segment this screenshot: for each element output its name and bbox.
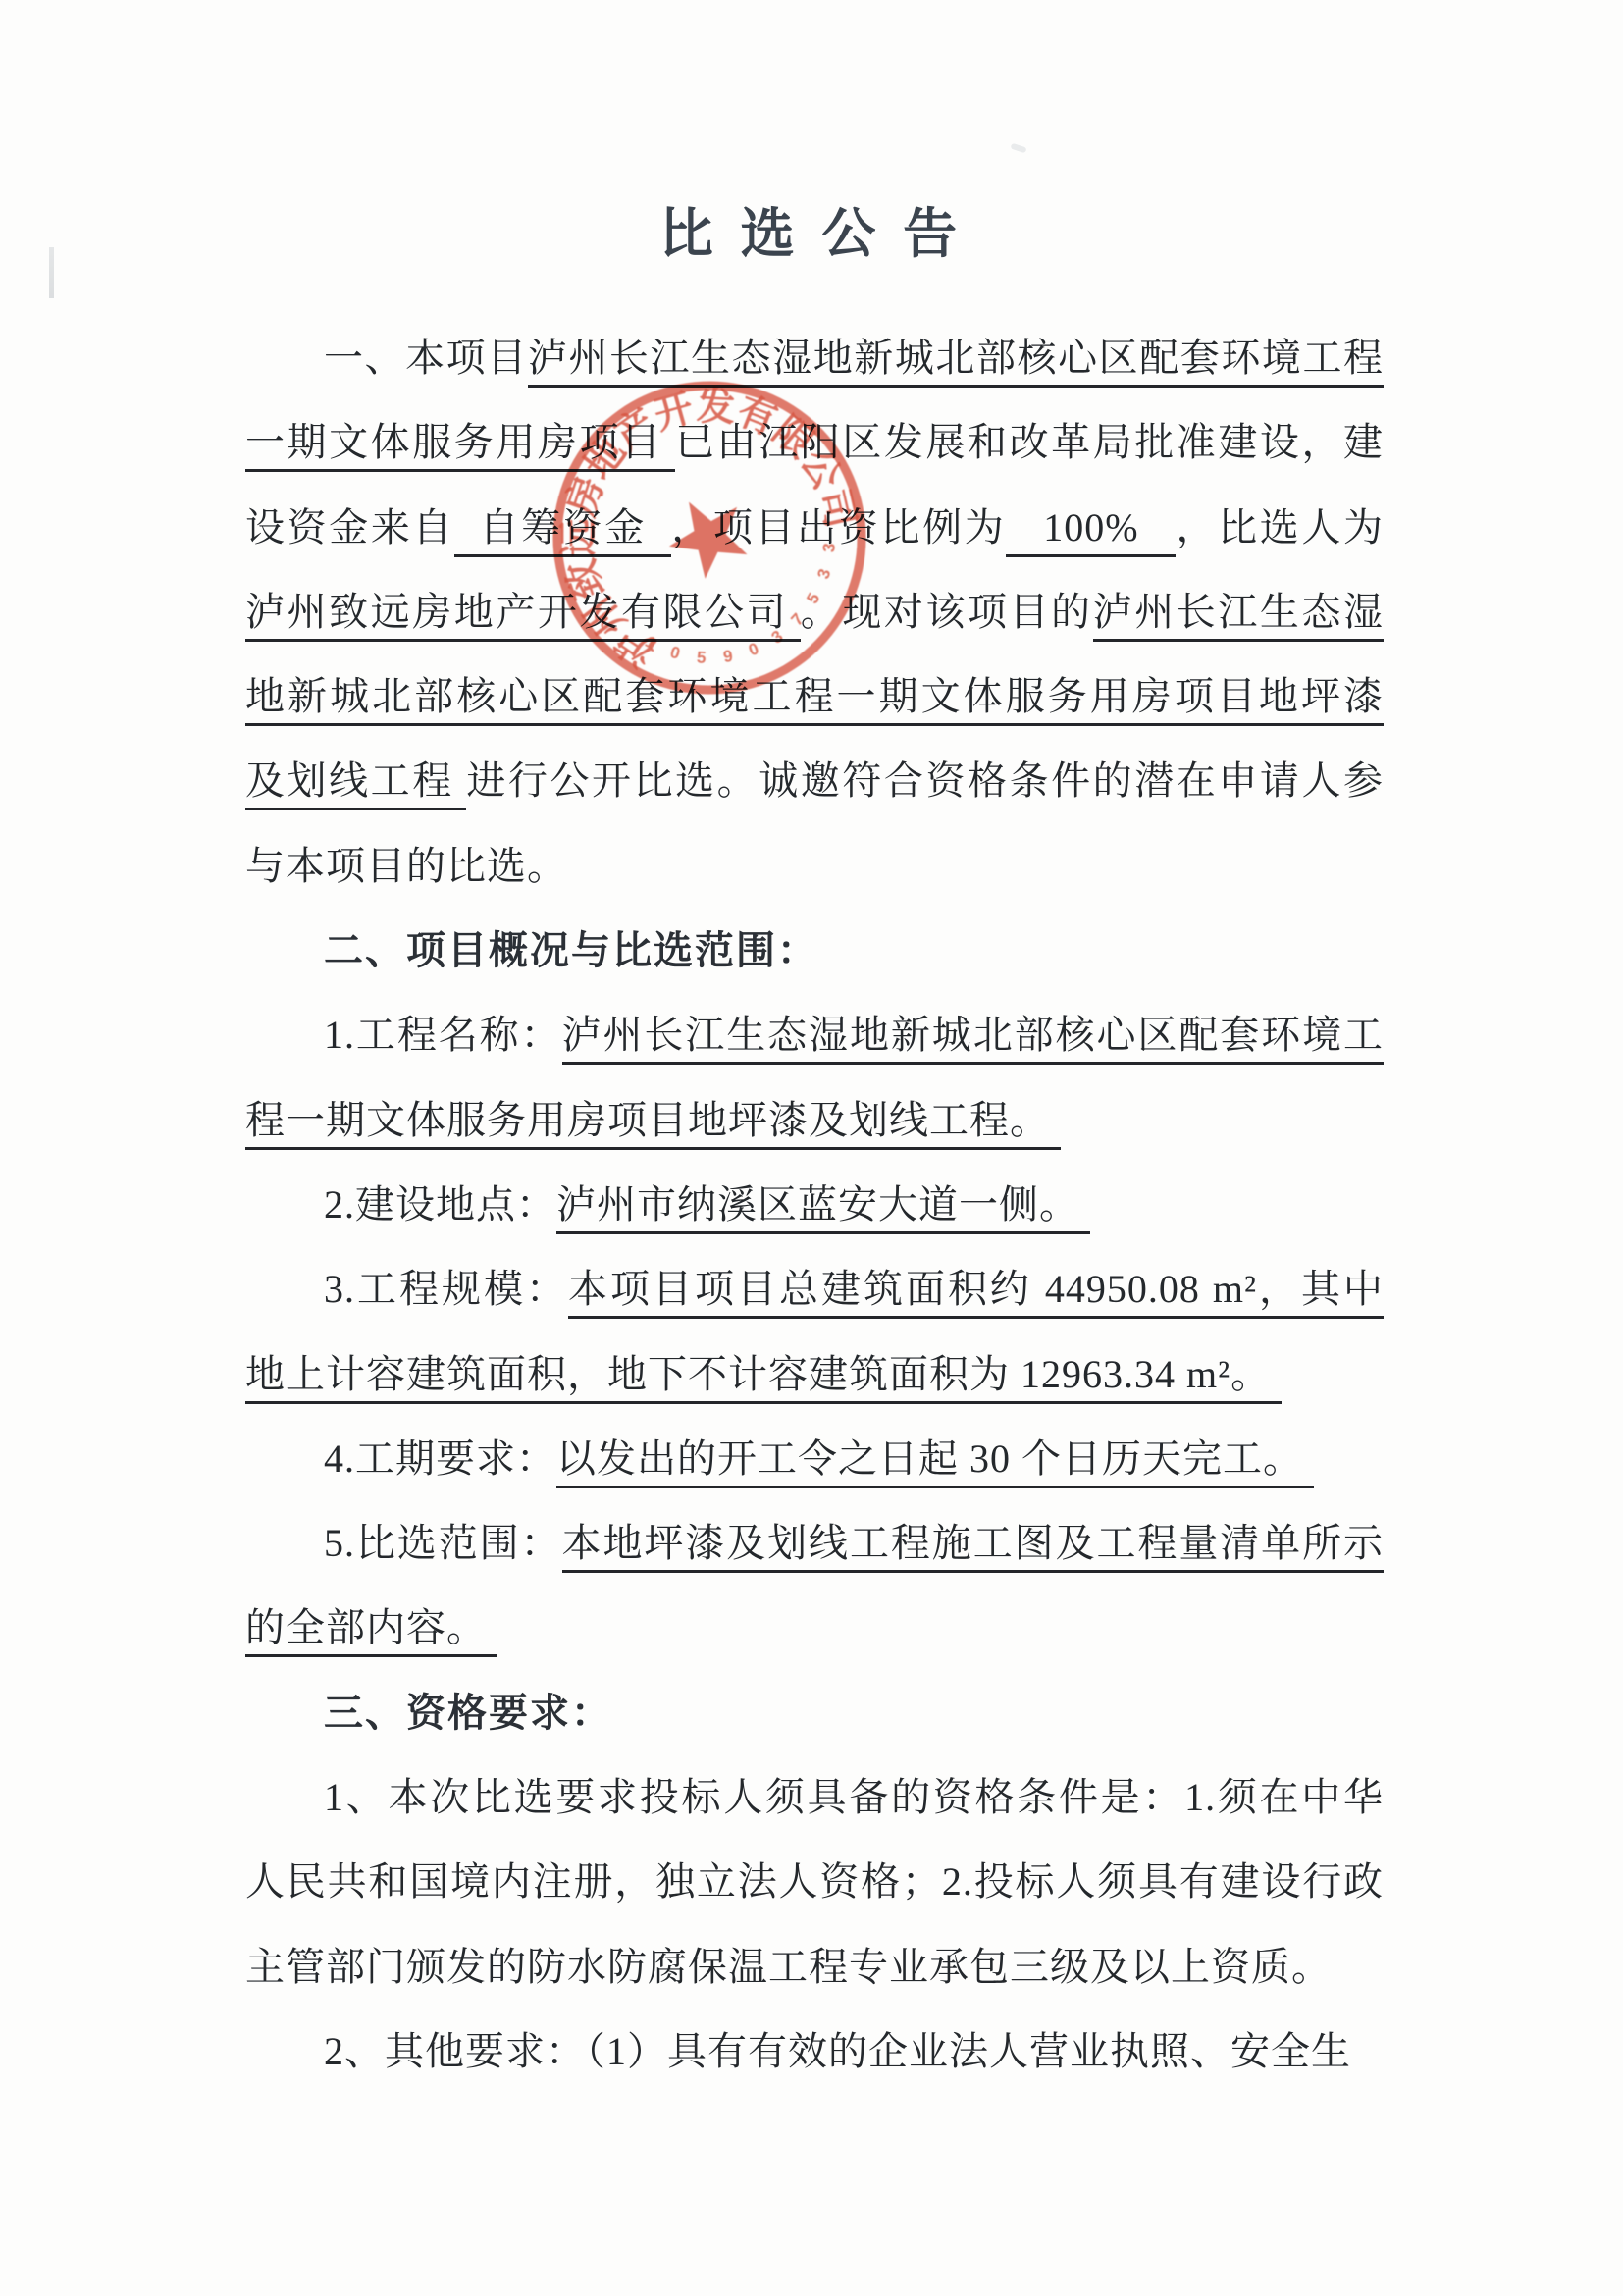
underlined-text: 泸州长江生态湿地新城北部核心区配套环境工程	[528, 336, 1384, 388]
text-segment: 与本项目的比选。	[245, 844, 567, 888]
text-segment: ，比选人为	[1176, 505, 1384, 549]
text-segment: 3.工程规模：	[324, 1267, 568, 1311]
text-line: 与本项目的比选。	[245, 824, 1384, 909]
text-segment: 1.工程名称：	[324, 1013, 562, 1057]
text-line: 程一期文体服务用房项目地坪漆及划线工程。	[245, 1078, 1384, 1163]
underlined-text: 一期文体服务用房项目	[245, 420, 675, 472]
text-line: 2.建设地点：泸州市纳溪区蓝安大道一侧。	[245, 1163, 1384, 1247]
underlined-text: 本地坪漆及划线工程施工图及工程量清单所示	[562, 1521, 1384, 1573]
text-segment: 设资金来自	[245, 505, 454, 549]
text-segment: 一、本项目	[324, 336, 528, 380]
text-segment: 人民共和国境内注册，独立法人资格；2.投标人须具有建设行政	[245, 1859, 1384, 1904]
text-line: 泸州致远房地产开发有限公司 。现对该项目的泸州长江生态湿	[245, 570, 1384, 654]
scanned-document-page: 比 选 公 告 一、本项目泸州长江生态湿地新城北部核心区配套环境工程一期文体服务…	[0, 0, 1623, 2296]
text-segment: 4.工期要求：	[324, 1436, 556, 1481]
text-line: 地上计容建筑面积，地下不计容建筑面积为 12963.34 m²。	[245, 1332, 1384, 1417]
underlined-text: 及划线工程	[245, 758, 466, 810]
text-line: 1、本次比选要求投标人须具备的资格条件是：1.须在中华	[245, 1755, 1384, 1840]
underlined-text: 本项目项目总建筑面积约 44950.08 m²，其中	[568, 1267, 1384, 1319]
text-line: 3.工程规模：本项目项目总建筑面积约 44950.08 m²，其中	[245, 1247, 1384, 1331]
text-segment: 2、其他要求：（1）具有有效的企业法人营业执照、安全生	[324, 2029, 1351, 2073]
text-line: 设资金来自 自筹资金 ，项目出资比例为 100% ，比选人为	[245, 486, 1384, 570]
text-line: 1.工程名称：泸州长江生态湿地新城北部核心区配套环境工	[245, 993, 1384, 1077]
underlined-text: 地上计容建筑面积，地下不计容建筑面积为 12963.34 m²。	[245, 1352, 1282, 1404]
text-segment: 二、项目概况与比选范围：	[324, 928, 818, 972]
underlined-text: 地新城北部核心区配套环境工程一期文体服务用房项目地坪漆	[245, 674, 1384, 726]
text-line: 4.工期要求：以发出的开工令之日起 30 个日历天完工。	[245, 1417, 1384, 1501]
document-title: 比 选 公 告	[0, 190, 1623, 268]
scan-artifact	[1010, 143, 1026, 154]
underlined-text: 泸州市纳溪区蓝安大道一侧。	[556, 1182, 1090, 1234]
text-line: 5.比选范围：本地坪漆及划线工程施工图及工程量清单所示	[245, 1501, 1384, 1586]
text-line: 及划线工程 进行公开比选。诚邀符合资格条件的潜在申请人参	[245, 739, 1384, 823]
underlined-text: 程一期文体服务用房项目地坪漆及划线工程。	[245, 1098, 1061, 1150]
text-segment: ，项目出资比例为	[671, 505, 1006, 549]
text-segment: 进行公开比选。诚邀符合资格条件的潜在申请人参	[466, 758, 1384, 803]
text-segment: 5.比选范围：	[324, 1521, 562, 1565]
text-segment: 1、本次比选要求投标人须具备的资格条件是：1.须在中华	[324, 1775, 1384, 1819]
text-line: 三、资格要求：	[245, 1671, 1384, 1755]
underlined-text: 泸州长江生态湿	[1093, 590, 1384, 642]
text-line: 的全部内容。	[245, 1586, 1384, 1670]
text-line: 二、项目概况与比选范围：	[245, 909, 1384, 993]
text-line: 2、其他要求：（1）具有有效的企业法人营业执照、安全生	[245, 2009, 1384, 2094]
underlined-text: 泸州致远房地产开发有限公司	[245, 590, 801, 642]
text-segment: 。现对该项目的	[801, 590, 1093, 634]
text-segment: 2.建设地点：	[324, 1182, 556, 1226]
text-line: 一期文体服务用房项目 已由江阳区发展和改革局批准建设，建	[245, 400, 1384, 485]
underlined-text: 自筹资金	[454, 505, 671, 557]
underlined-text: 的全部内容。	[245, 1605, 497, 1657]
text-segment: 主管部门颁发的防水防腐保温工程专业承包三级及以上资质。	[245, 1945, 1332, 1989]
text-segment: 已由江阳区发展和改革局批准建设，建	[675, 420, 1384, 464]
document-body: 一、本项目泸州长江生态湿地新城北部核心区配套环境工程一期文体服务用房项目 已由江…	[245, 316, 1384, 2094]
text-line: 一、本项目泸州长江生态湿地新城北部核心区配套环境工程	[245, 316, 1384, 400]
underlined-text: 泸州长江生态湿地新城北部核心区配套环境工	[562, 1013, 1384, 1065]
text-segment: 三、资格要求：	[324, 1691, 612, 1735]
underlined-text: 以发出的开工令之日起 30 个日历天完工。	[556, 1436, 1314, 1488]
text-line: 地新城北部核心区配套环境工程一期文体服务用房项目地坪漆	[245, 654, 1384, 739]
text-line: 人民共和国境内注册，独立法人资格；2.投标人须具有建设行政	[245, 1840, 1384, 1924]
underlined-text: 100%	[1006, 505, 1176, 557]
text-line: 主管部门颁发的防水防腐保温工程专业承包三级及以上资质。	[245, 1925, 1384, 2009]
